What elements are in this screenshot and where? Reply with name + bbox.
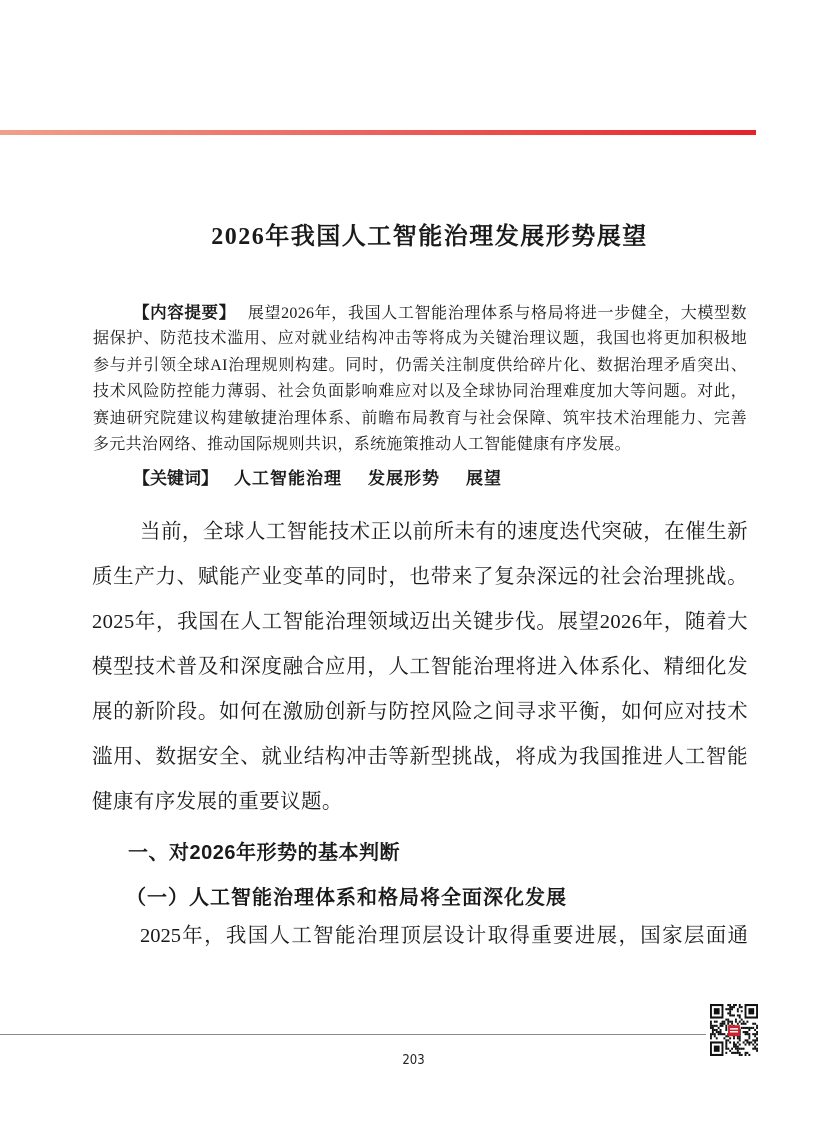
page-number: 203 [0,1053,827,1068]
abstract-block: 【内容提要】展望2026年，我国人工智能治理体系与格局将进一步健全，大模型数 据… [93,300,747,458]
footer-rule [0,1034,706,1035]
paragraph-line: 2025年，我国人工智能治理顶层设计取得重要进展，国家层面通 [92,914,748,959]
keywords-row: 【关键词】人工智能治理发展形势展望 [133,468,528,490]
abstract-line: 参与并引领全球AI治理规则构建。同时，仍需关注制度供给碎片化、数据治理矛盾突出、 [93,353,747,379]
document-title: 2026年我国人工智能治理发展形势展望 [16,221,827,253]
abstract-line: 【内容提要】展望2026年，我国人工智能治理体系与格局将进一步健全，大模型数 [93,300,747,326]
document-page: 2026年我国人工智能治理发展形势展望 【内容提要】展望2026年，我国人工智能… [0,0,827,1123]
abstract-line: 多元共治网络、推动国际规则共识，系统施策推动人工智能健康有序发展。 [93,432,747,458]
keyword-item: 发展形势 [368,469,440,488]
qrcode-image [710,1004,758,1056]
subsection-heading: （一）人工智能治理体系和格局将全面深化发展 [126,881,567,910]
body-paragraph: 当前，全球人工智能技术正以前所未有的速度迭代突破，在催生新 质生产力、赋能产业变… [92,510,748,825]
body-line: 健康有序发展的重要议题。 [92,780,748,825]
keywords-label: 【关键词】 [133,469,218,488]
abstract-line: 赛迪研究院建议构建敏捷治理体系、前瞻布局教育与社会保障、筑牢技术治理能力、完善 [93,406,747,432]
body-line: 质生产力、赋能产业变革的同时，也带来了复杂深远的社会治理挑战。 [92,555,748,600]
abstract-line: 技术风险防控能力薄弱、社会负面影响难应对以及全球协同治理难度加大等问题。对此， [93,379,747,405]
abstract-label: 【内容提要】 [133,304,236,322]
abstract-line: 据保护、防范技术滥用、应对就业结构冲击等将成为关键治理议题，我国也将更加积极地 [93,326,747,352]
body-line: 2025年，我国在人工智能治理领域迈出关键步伐。展望2026年，随着大 [92,600,748,645]
body-line: 展的新阶段。如何在激励创新与防控风险之间寻求平衡，如何应对技术 [92,690,748,735]
section-heading: 一、对2026年形势的基本判断 [128,836,400,865]
body-line: 模型技术普及和深度融合应用，人工智能治理将进入体系化、精细化发 [92,645,748,690]
qrcode-svg [710,1004,758,1056]
keyword-item: 人工智能治理 [234,469,342,488]
abstract-text: 展望2026年，我国人工智能治理体系与格局将进一步健全，大模型数 [248,305,747,322]
keyword-item: 展望 [466,469,502,488]
top-accent-rule [0,130,756,135]
body-line: 当前，全球人工智能技术正以前所未有的速度迭代突破，在催生新 [92,510,748,555]
body-line: 滥用、数据安全、就业结构冲击等新型挑战，将成为我国推进人工智能 [92,735,748,780]
